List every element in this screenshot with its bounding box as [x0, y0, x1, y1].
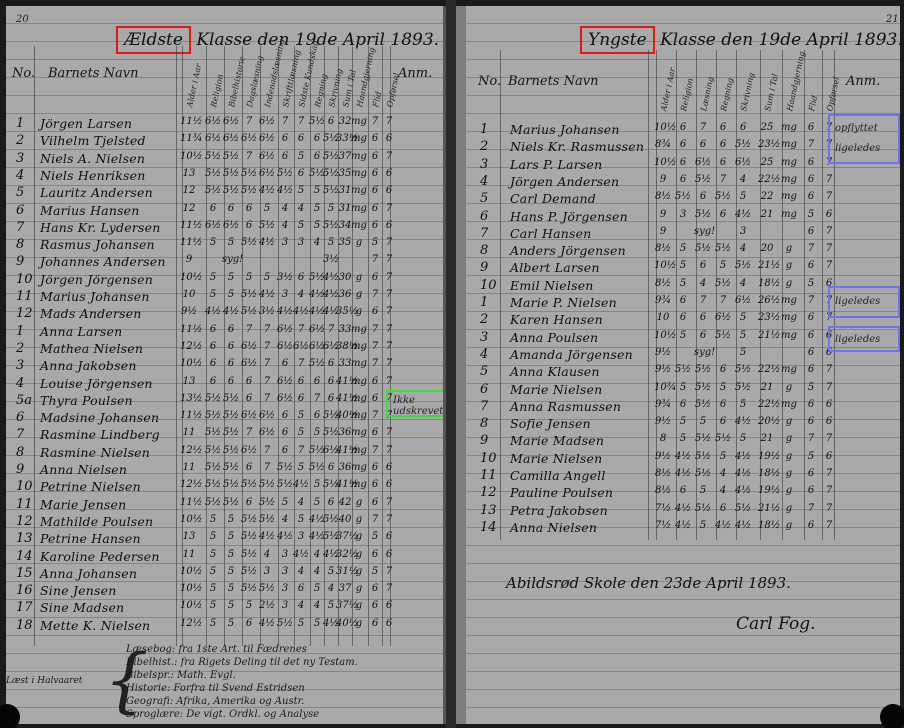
grade-cell: 7: [380, 514, 398, 525]
grade-cell: 6½: [240, 358, 258, 369]
grade-cell: 7: [820, 520, 838, 531]
grade-cell: 5½: [204, 427, 222, 438]
child-name: Jörgen Andersen: [510, 174, 619, 189]
table-row: 4Niels Henriksen135½5½5½6½5½65½5½35mg66: [6, 168, 443, 186]
grade-cell: 7: [380, 289, 398, 300]
grade-cell: 6: [222, 358, 240, 369]
grade-cell: 5½: [240, 531, 258, 542]
table-row: 7Rasmine Lindberg115½5½76½6555½36mg67: [6, 427, 443, 445]
grade-cell: 11½: [180, 410, 198, 421]
column-header-label: Skrivning: [739, 72, 756, 112]
grade-cell: 7: [802, 503, 820, 514]
grade-cell: 11½: [180, 324, 198, 335]
grade-cell: 5½: [734, 382, 752, 393]
grade-cell: 22½: [758, 364, 776, 375]
grade-cell: 5½: [734, 260, 752, 271]
grade-cell: 8¾: [654, 139, 672, 150]
grade-cell: 6: [802, 330, 820, 341]
grade-cell: 5½: [222, 427, 240, 438]
child-name: Hans P. Jörgensen: [510, 209, 628, 224]
grade-cell: 6: [802, 226, 820, 237]
grade-cell: 4½: [258, 618, 276, 629]
grade-cell: 13: [180, 376, 198, 387]
grade-cell: 10½: [180, 600, 198, 611]
grade-cell: 6½: [240, 341, 258, 352]
column-header-label: Læsning: [699, 76, 715, 112]
child-name: Lauritz Andersen: [40, 185, 153, 200]
grade-cell: mg: [780, 122, 798, 133]
grade-cell: 4½: [258, 289, 276, 300]
grade-cell: 9: [654, 209, 672, 220]
grade-cell: 5: [734, 330, 752, 341]
child-name: Rasmine Lindberg: [40, 427, 160, 442]
child-name: Emil Nielsen: [510, 278, 594, 293]
grade-cell: 4½: [674, 451, 692, 462]
grade-cell: 6: [240, 376, 258, 387]
grade-cell: 6: [204, 341, 222, 352]
grade-cell: mg: [780, 191, 798, 202]
grade-cell: 11½: [180, 497, 198, 508]
grade-cell: 5: [222, 531, 240, 542]
grade-cell: 10½: [180, 358, 198, 369]
row-number: 15: [16, 566, 33, 581]
row-number: 6: [480, 382, 488, 397]
grade-cell: 11: [180, 549, 198, 560]
grade-cell: 21½: [758, 503, 776, 514]
grade-cell: 4½: [734, 416, 752, 427]
grade-cell: 6: [714, 503, 732, 514]
child-name: Marius Hansen: [40, 203, 140, 218]
grade-cell: 5: [204, 566, 222, 577]
grade-cell: 6: [222, 324, 240, 335]
table-row: 3Niels A. Nielsen10½5½5½76½6565½37mg67: [6, 151, 443, 169]
note-line: Læsebog: fra 1ste Art. til Fædrenes: [126, 644, 307, 655]
child-name: Rasmine Nielsen: [40, 445, 150, 460]
row-number: 11: [16, 497, 33, 512]
grade-cell: 6: [714, 157, 732, 168]
annotation-blue-box: ligeledes: [828, 326, 900, 352]
grade-cell: 5: [714, 260, 732, 271]
grade-cell: 3: [734, 226, 752, 237]
grade-cell: 8: [654, 433, 672, 444]
grade-cell: 5: [734, 312, 752, 323]
grade-cell: 5: [240, 600, 258, 611]
grade-cell: 6: [674, 312, 692, 323]
grade-cell: 5: [734, 347, 752, 358]
grade-cell: g: [780, 382, 798, 393]
note-line: Geografi: Afrika, Amerika og Austr.: [126, 696, 304, 707]
grade-cell: 5: [204, 549, 222, 560]
grade-cell: syg!: [222, 254, 240, 265]
grade-cell: 9½: [654, 347, 672, 358]
grade-cell: 5½: [714, 243, 732, 254]
grade-cell: 10: [180, 289, 198, 300]
grade-cell: 6½: [222, 116, 240, 127]
grade-cell: 4: [714, 485, 732, 496]
grade-cell: 7: [258, 358, 276, 369]
child-name: Anna Rasmussen: [510, 399, 621, 414]
grade-cell: 7: [380, 358, 398, 369]
grade-cell: 6: [222, 203, 240, 214]
grade-cell: 4½: [674, 468, 692, 479]
annotation-text: ligeledes: [835, 139, 893, 159]
table-row: 9Albert Larsen10½5655½21½g67: [466, 260, 900, 278]
grade-cell: 9½: [180, 306, 198, 317]
grade-cell: 7: [240, 427, 258, 438]
grade-cell: 20½: [758, 416, 776, 427]
header-anm: Anm.: [398, 66, 432, 81]
grade-cell: 5½: [694, 174, 712, 185]
row-number: 5: [16, 185, 24, 200]
grade-cell: 5: [694, 520, 712, 531]
column-header: Skrifttlæsning: [280, 46, 294, 108]
grade-cell: 6: [674, 122, 692, 133]
finger-shadow: [880, 704, 904, 728]
grade-cell: 5½: [204, 462, 222, 473]
grade-cell: 5½: [694, 451, 712, 462]
grade-cell: 4: [734, 278, 752, 289]
grade-cell: 7: [380, 497, 398, 508]
column-header-label: Regning: [719, 77, 735, 112]
grade-cell: 6½: [258, 116, 276, 127]
grade-cell: 5: [734, 399, 752, 410]
grade-cell: 12½: [180, 445, 198, 456]
grade-cell: 4½: [258, 531, 276, 542]
child-name: Marie Madsen: [510, 433, 604, 448]
child-name: Anna Jakobsen: [40, 358, 137, 373]
header-no: No.: [478, 74, 501, 89]
grade-cell: 6: [802, 122, 820, 133]
grade-cell: 6: [694, 330, 712, 341]
table-row: 7Hans Kr. Lydersen11½6½6½65½4555½34mg66: [6, 220, 443, 238]
table-row: 11Marius Johansen10555½4½344½4½36g77: [6, 289, 443, 307]
grade-cell: 6: [204, 324, 222, 335]
grade-cell: 6: [240, 618, 258, 629]
grade-cell: 6: [380, 133, 398, 144]
grade-cell: g: [780, 485, 798, 496]
grade-cell: mg: [780, 312, 798, 323]
row-number: 8: [480, 243, 488, 258]
grade-cell: 6: [240, 393, 258, 404]
grade-cell: 5: [222, 514, 240, 525]
grade-cell: g: [780, 520, 798, 531]
grade-cell: 6: [820, 209, 838, 220]
child-name: Thyra Poulsen: [40, 393, 133, 408]
grade-cell: mg: [780, 174, 798, 185]
grade-cell: 9: [654, 226, 672, 237]
title-rest: Klasse den 19de April 1893.: [660, 30, 900, 50]
closing-line: Abildsrød Skole den 23de April 1893.: [506, 574, 791, 592]
grade-cell: 4: [714, 468, 732, 479]
grade-cell: mg: [780, 364, 798, 375]
grade-cell: 6: [380, 220, 398, 231]
child-name: Petrine Hansen: [40, 531, 141, 546]
child-name: Lars P. Larsen: [510, 157, 602, 172]
row-number: 7: [480, 226, 488, 241]
row-number: 4: [480, 174, 488, 189]
child-name: Anna Johansen: [40, 566, 137, 581]
grade-cell: 5: [734, 191, 752, 202]
grade-cell: 6: [204, 376, 222, 387]
row-number: 10: [16, 479, 33, 494]
note-line: Historie: Forfra til Svend Estridsen: [126, 683, 305, 694]
grade-cell: 5: [204, 272, 222, 283]
row-number: 10: [16, 272, 33, 287]
row-number: 7: [16, 427, 24, 442]
column-header: Sidste Kundskab: [296, 46, 310, 108]
grade-cell: 9¾: [654, 399, 672, 410]
note-line: Sproglære: De vigt. Ordkl. og Analyse: [126, 709, 319, 720]
column-header: Læsning: [698, 50, 712, 112]
table-row: 16Sine Jensen10½555½5½365437g67: [6, 583, 443, 601]
grade-cell: 5: [674, 382, 692, 393]
child-name: Sofie Jensen: [510, 416, 591, 431]
column-header-label: Sum i Tal: [763, 73, 780, 112]
child-name: Niels A. Nielsen: [40, 151, 145, 166]
table-row: 6Marie Nielsen10¾55½55½21g57: [466, 382, 900, 400]
grade-cell: syg!: [694, 226, 712, 237]
curriculum-notes: Læst i Halvaaret { Læsebog: fra 1ste Art…: [6, 640, 436, 728]
grade-cell: 4½: [734, 468, 752, 479]
table-row: 8Anders Jörgensen8½55½5½420g77: [466, 243, 900, 261]
grade-cell: 11½: [180, 237, 198, 248]
grade-cell: 6½: [734, 295, 752, 306]
child-name: Marius Johansen: [510, 122, 620, 137]
row-number: 6: [16, 410, 24, 425]
grade-cell: 7: [240, 151, 258, 162]
grade-cell: 7: [258, 462, 276, 473]
grade-cell: 5½: [674, 364, 692, 375]
grade-cell: 7: [714, 174, 732, 185]
grade-cell: 5: [674, 278, 692, 289]
grade-cell: 5½: [222, 168, 240, 179]
grade-cell: 7: [380, 445, 398, 456]
grade-cell: 3: [674, 209, 692, 220]
child-name: Jörgen Jörgensen: [40, 272, 153, 287]
header-no: No.: [12, 66, 35, 81]
grade-cell: 5: [802, 382, 820, 393]
row-number: 1: [480, 295, 488, 310]
child-name: Albert Larsen: [510, 260, 600, 275]
grade-cell: 5: [222, 618, 240, 629]
grade-cell: 4½: [258, 185, 276, 196]
annotation-text: opflyttet: [835, 119, 893, 139]
class-label-highlight: Yngste: [580, 26, 655, 54]
grade-cell: 13: [180, 168, 198, 179]
row-number: 4: [16, 168, 24, 183]
child-name: Marie Nielsen: [510, 451, 602, 466]
grade-cell: 4½: [734, 451, 752, 462]
column-header-label: Alder i Aar: [659, 67, 677, 112]
grade-cell: 6: [820, 399, 838, 410]
grade-cell: 5: [222, 237, 240, 248]
grade-cell: 6: [240, 220, 258, 231]
grade-cell: 6: [802, 347, 820, 358]
column-header: Indenadslæsning: [262, 46, 276, 108]
grade-cell: 5½: [240, 479, 258, 490]
grade-cell: 6: [802, 468, 820, 479]
row-number: 8: [16, 445, 24, 460]
grade-cell: 6½: [258, 427, 276, 438]
table-row: 2Mathea Nielsen12½666½76½6½6½6½38½mg77: [6, 341, 443, 359]
grade-cell: 5½: [222, 462, 240, 473]
grade-cell: 7: [714, 295, 732, 306]
grade-cell: 6: [694, 312, 712, 323]
grade-cell: 5: [204, 514, 222, 525]
grade-cell: 21½: [758, 330, 776, 341]
row-number: 3: [16, 151, 24, 166]
grade-cell: 6: [674, 157, 692, 168]
grade-cell: 3½: [258, 306, 276, 317]
grade-cell: 6½: [240, 410, 258, 421]
table-row: 6Madsine Johansen11½5½5½6½6½6565½40½mg77: [6, 410, 443, 428]
grade-cell: 6½: [694, 157, 712, 168]
child-name: Petra Jakobsen: [510, 503, 608, 518]
table-row: 1Anna Larsen11½66776½76½733mg77: [6, 324, 443, 342]
grade-cell: 7: [694, 122, 712, 133]
grade-cell: 5½: [222, 497, 240, 508]
child-name: Pauline Poulsen: [510, 485, 613, 500]
note-line: Bibelhist.: fra Rigets Deling til det ny…: [126, 657, 358, 668]
grade-cell: 10½: [180, 566, 198, 577]
grade-cell: 6: [694, 139, 712, 150]
grade-cell: 12½: [180, 618, 198, 629]
grade-cell: 6½: [258, 168, 276, 179]
grade-cell: 4½: [222, 306, 240, 317]
child-name: Mads Andersen: [40, 306, 142, 321]
grade-cell: 10½: [654, 330, 672, 341]
grade-cell: mg: [780, 295, 798, 306]
grade-cell: 10½: [180, 514, 198, 525]
grade-cell: 6: [380, 462, 398, 473]
grade-cell: 6: [380, 600, 398, 611]
grade-cell: 9: [180, 254, 198, 265]
grade-cell: 4½: [674, 520, 692, 531]
grade-cell: 6½: [204, 116, 222, 127]
child-name: Petrine Nielsen: [40, 479, 141, 494]
grade-cell: 6: [380, 549, 398, 560]
child-name: Camilla Angell: [510, 468, 606, 483]
row-number: 6: [16, 203, 24, 218]
grade-cell: 5½: [222, 393, 240, 404]
header-name: Barnets Navn: [508, 74, 598, 89]
child-name: Vilhelm Tjelsted: [40, 133, 146, 148]
grade-cell: 8½: [654, 278, 672, 289]
table-row: 10Petrine Nielsen12½5½5½5½5½5½4½55½41½mg…: [6, 479, 443, 497]
table-row: 13Petrine Hansen13555½4½4½34½5½37½g56: [6, 531, 443, 549]
row-number: 5: [480, 364, 488, 379]
grade-cell: 5½: [694, 209, 712, 220]
child-name: Anna Larsen: [40, 324, 122, 339]
grade-cell: 6: [802, 312, 820, 323]
grade-cell: 5½: [694, 382, 712, 393]
grade-cell: 6: [674, 174, 692, 185]
row-number: 17: [16, 600, 33, 615]
grade-cell: 12: [180, 185, 198, 196]
grade-cell: 5: [222, 566, 240, 577]
child-name: Mathea Nielsen: [40, 341, 143, 356]
grade-cell: 7: [820, 226, 838, 237]
grade-cell: 6½: [714, 312, 732, 323]
page-number: 21: [886, 14, 899, 25]
grade-cell: 6: [734, 122, 752, 133]
grade-cell: 5: [204, 583, 222, 594]
grade-cell: 5½: [258, 497, 276, 508]
grade-cell: 6: [714, 209, 732, 220]
table-row: 8Rasmus Johansen11½555½4½334535g57: [6, 237, 443, 255]
column-header: Religion: [208, 46, 222, 108]
grade-cell: 7: [258, 445, 276, 456]
grade-cell: 6: [222, 376, 240, 387]
grade-cell: g: [780, 451, 798, 462]
child-name: Anna Klausen: [510, 364, 600, 379]
column-header-label: Flid: [807, 95, 819, 112]
table-row: 3Anna Jakobsen10½666½7675½633mg77: [6, 358, 443, 376]
table-row: 9Anna Nielsen115½5½675½55½636mg66: [6, 462, 443, 480]
grade-cell: 7: [258, 324, 276, 335]
grade-cell: 19½: [758, 451, 776, 462]
table-row: 13Petra Jakobsen7½4½5½65½21½g77: [466, 503, 900, 521]
child-name: Marie Nielsen: [510, 382, 602, 397]
grade-cell: 5½: [258, 479, 276, 490]
row-number: 9: [16, 254, 24, 269]
row-number: 11: [16, 289, 33, 304]
grade-cell: 9: [654, 174, 672, 185]
table-row: 4Louise Jörgensen1366676½66641½mg67: [6, 376, 443, 394]
grade-cell: 6½: [258, 410, 276, 421]
annotation-green-box: Ikke udskrevet: [386, 390, 446, 417]
row-number: 12: [480, 485, 497, 500]
grade-cell: 7: [380, 254, 398, 265]
column-header: Haandgjerning: [784, 50, 798, 112]
grade-cell: mg: [780, 139, 798, 150]
grade-cell: 12½: [180, 479, 198, 490]
grade-cell: g: [780, 243, 798, 254]
grade-cell: 4½: [714, 520, 732, 531]
grade-cell: 7: [380, 341, 398, 352]
row-number: 1: [16, 116, 24, 131]
note-line: Bibelspr.: Math. Evgl.: [126, 670, 236, 681]
grade-cell: 5½: [734, 364, 752, 375]
grade-cell: 8½: [654, 468, 672, 479]
grade-cell: 6: [380, 479, 398, 490]
grade-cell: 13½: [180, 393, 198, 404]
grade-cell: 5½: [222, 185, 240, 196]
grade-cell: 6: [714, 139, 732, 150]
grade-cell: 5: [204, 531, 222, 542]
grade-cell: 21: [758, 433, 776, 444]
grade-cell: 5½: [240, 549, 258, 560]
child-name: Hans Kr. Lydersen: [40, 220, 160, 235]
grade-cell: g: [780, 260, 798, 271]
grade-cell: 5½: [240, 306, 258, 317]
grade-cell: 6: [694, 191, 712, 202]
row-number: 12: [16, 514, 33, 529]
row-number: 5a: [16, 393, 32, 408]
grade-cell: 7½: [654, 503, 672, 514]
grade-cell: 7: [380, 376, 398, 387]
row-number: 2: [480, 312, 488, 327]
grade-cell: 12½: [180, 341, 198, 352]
grade-cell: 6: [802, 174, 820, 185]
grade-cell: 5½: [714, 433, 732, 444]
child-name: Carl Demand: [510, 191, 596, 206]
child-name: Karen Hansen: [510, 312, 603, 327]
child-name: Sine Jensen: [40, 583, 117, 598]
table-row: 12Mads Andersen9½4½4½5½3½4½4½4½4½35½g67: [6, 306, 443, 324]
book-spine: [446, 0, 456, 728]
child-name: Louise Jörgensen: [40, 376, 153, 391]
